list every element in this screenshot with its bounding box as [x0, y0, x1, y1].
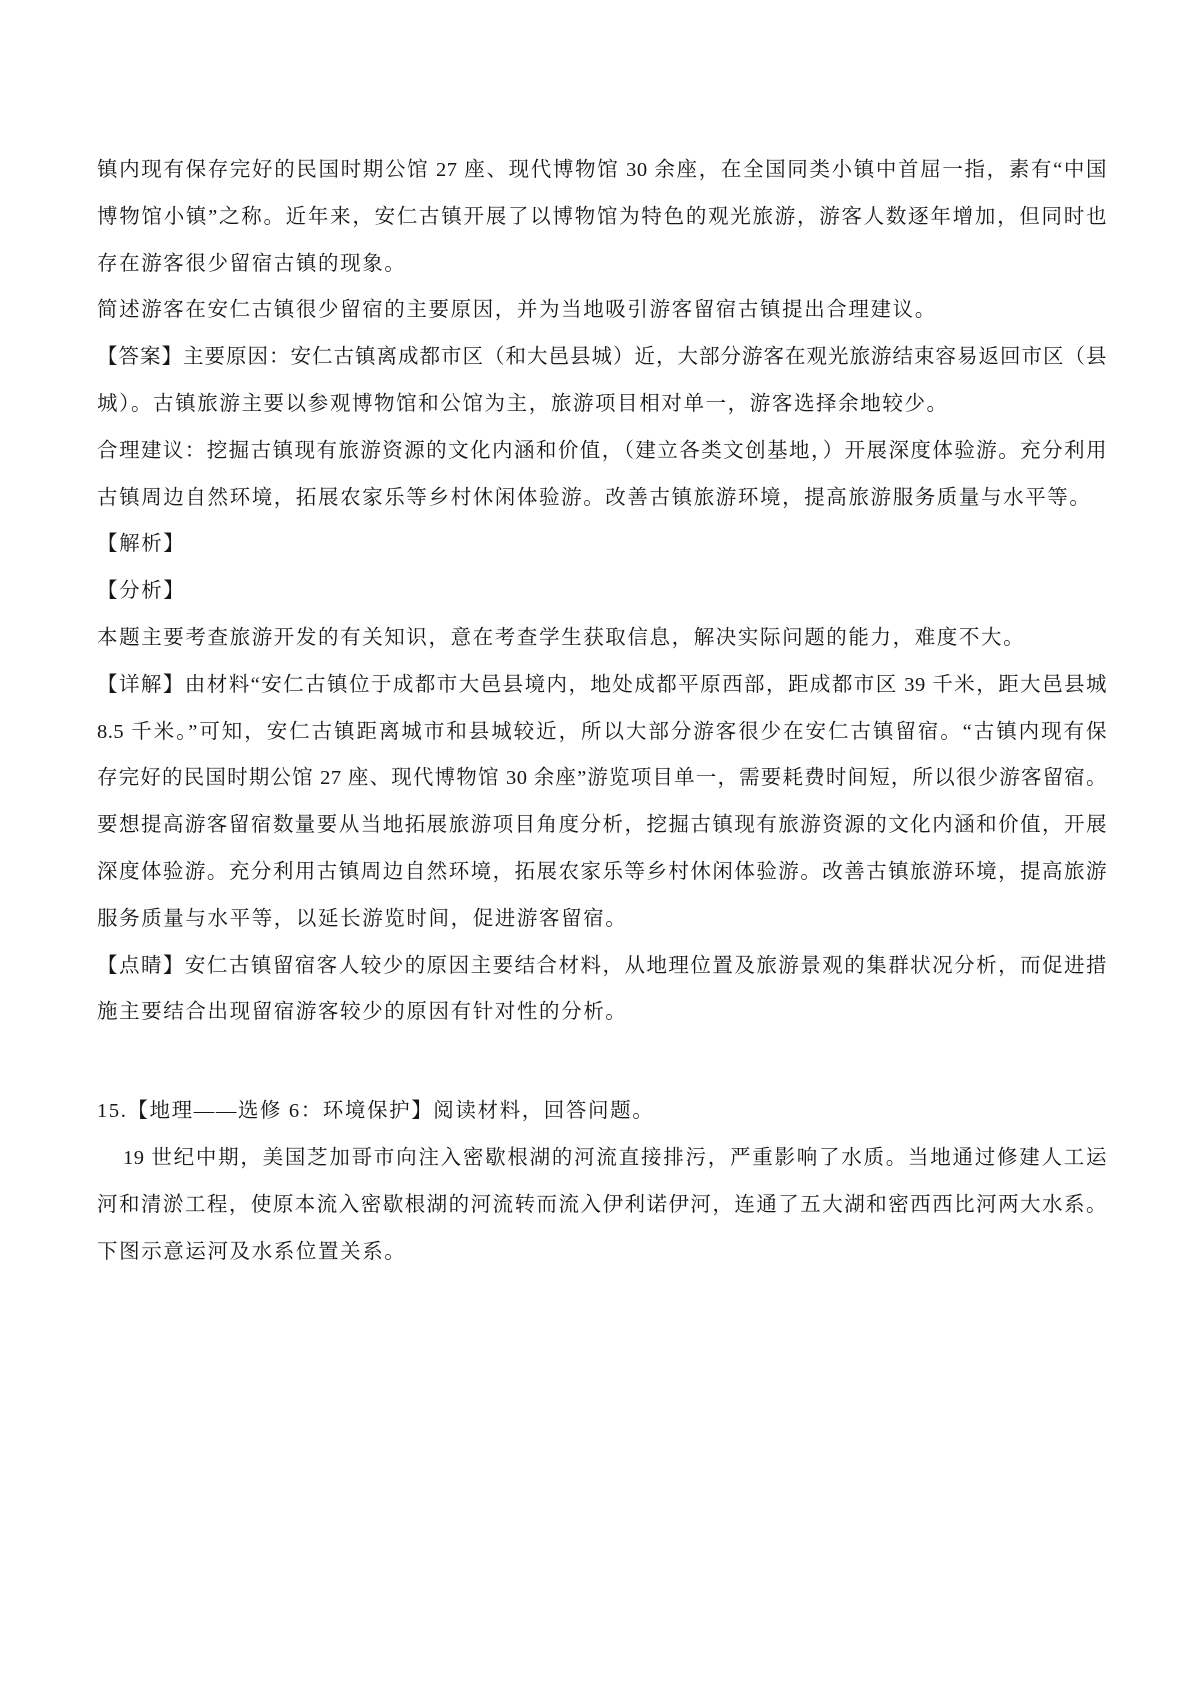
text-line-detail-5: 深度体验游。充分利用古镇周边自然环境，拓展农家乐等乡村休闲体验游。改善古镇旅游环… [97, 849, 1107, 896]
text-line-material-2: 博物馆小镇”之称。近年来，安仁古镇开展了以博物馆为特色的观光旅游，游客人数逐年增… [97, 194, 1107, 241]
question-15-title: 15.【地理——选修 6：环境保护】阅读材料，回答问题。 [97, 1088, 1107, 1135]
text-line-question: 简述游客在安仁古镇很少留宿的主要原因，并为当地吸引游客留宿古镇提出合理建议。 [97, 287, 1107, 334]
text-line-detail-2: 8.5 千米。”可知，安仁古镇距离城市和县城较近，所以大部分游客很少在安仁古镇留… [97, 709, 1107, 756]
text-line-q15-material-2: 河和清淤工程，使原本流入密歇根湖的河流转而流入伊利诺伊河，连通了五大湖和密西西比… [97, 1182, 1107, 1229]
text-line-tip-1: 【点睛】安仁古镇留宿客人较少的原因主要结合材料，从地理位置及旅游景观的集群状况分… [97, 943, 1107, 990]
text-line-detail-6: 服务质量与水平等，以延长游览时间，促进游客留宿。 [97, 896, 1107, 943]
text-line-q15-material-1: 19 世纪中期，美国芝加哥市向注入密歇根湖的河流直接排污，严重影响了水质。当地通… [97, 1135, 1107, 1182]
jiexi-label: 【解析】 [97, 521, 1107, 568]
text-line-answer-3: 合理建议：挖掘古镇现有旅游资源的文化内涵和价值，（建立各类文创基地，）开展深度体… [97, 428, 1107, 475]
text-line-material-1: 镇内现有保存完好的民国时期公馆 27 座、现代博物馆 30 余座，在全国同类小镇… [97, 147, 1107, 194]
fenxi-label: 【分析】 [97, 568, 1107, 615]
section-gap [97, 1036, 1111, 1088]
text-line-answer-4: 古镇周边自然环境，拓展农家乐等乡村休闲体验游。改善古镇旅游环境，提高旅游服务质量… [97, 475, 1107, 522]
text-line-detail-3: 存完好的民国时期公馆 27 座、现代博物馆 30 余座”游览项目单一，需要耗费时… [97, 755, 1107, 802]
text-line-answer-1: 【答案】主要原因：安仁古镇离成都市区（和大邑县城）近，大部分游客在观光旅游结束容… [97, 334, 1107, 381]
text-line-tip-2: 施主要结合出现留宿游客较少的原因有针对性的分析。 [97, 989, 1107, 1036]
document-page: 镇内现有保存完好的民国时期公馆 27 座、现代博物馆 30 余座，在全国同类小镇… [0, 0, 1200, 1698]
text-line-answer-2: 城）。古镇旅游主要以参观博物馆和公馆为主，旅游项目相对单一，游客选择余地较少。 [97, 381, 1107, 428]
text-line-analysis: 本题主要考查旅游开发的有关知识，意在考查学生获取信息，解决实际问题的能力，难度不… [97, 615, 1107, 662]
text-line-detail-4: 要想提高游客留宿数量要从当地拓展旅游项目角度分析，挖掘古镇现有旅游资源的文化内涵… [97, 802, 1107, 849]
text-line-material-3: 存在游客很少留宿古镇的现象。 [97, 241, 1107, 288]
text-line-q15-material-3: 下图示意运河及水系位置关系。 [97, 1229, 1107, 1276]
text-line-detail-1: 【详解】由材料“安仁古镇位于成都市大邑县境内，地处成都平原西部，距成都市区 39… [97, 662, 1107, 709]
